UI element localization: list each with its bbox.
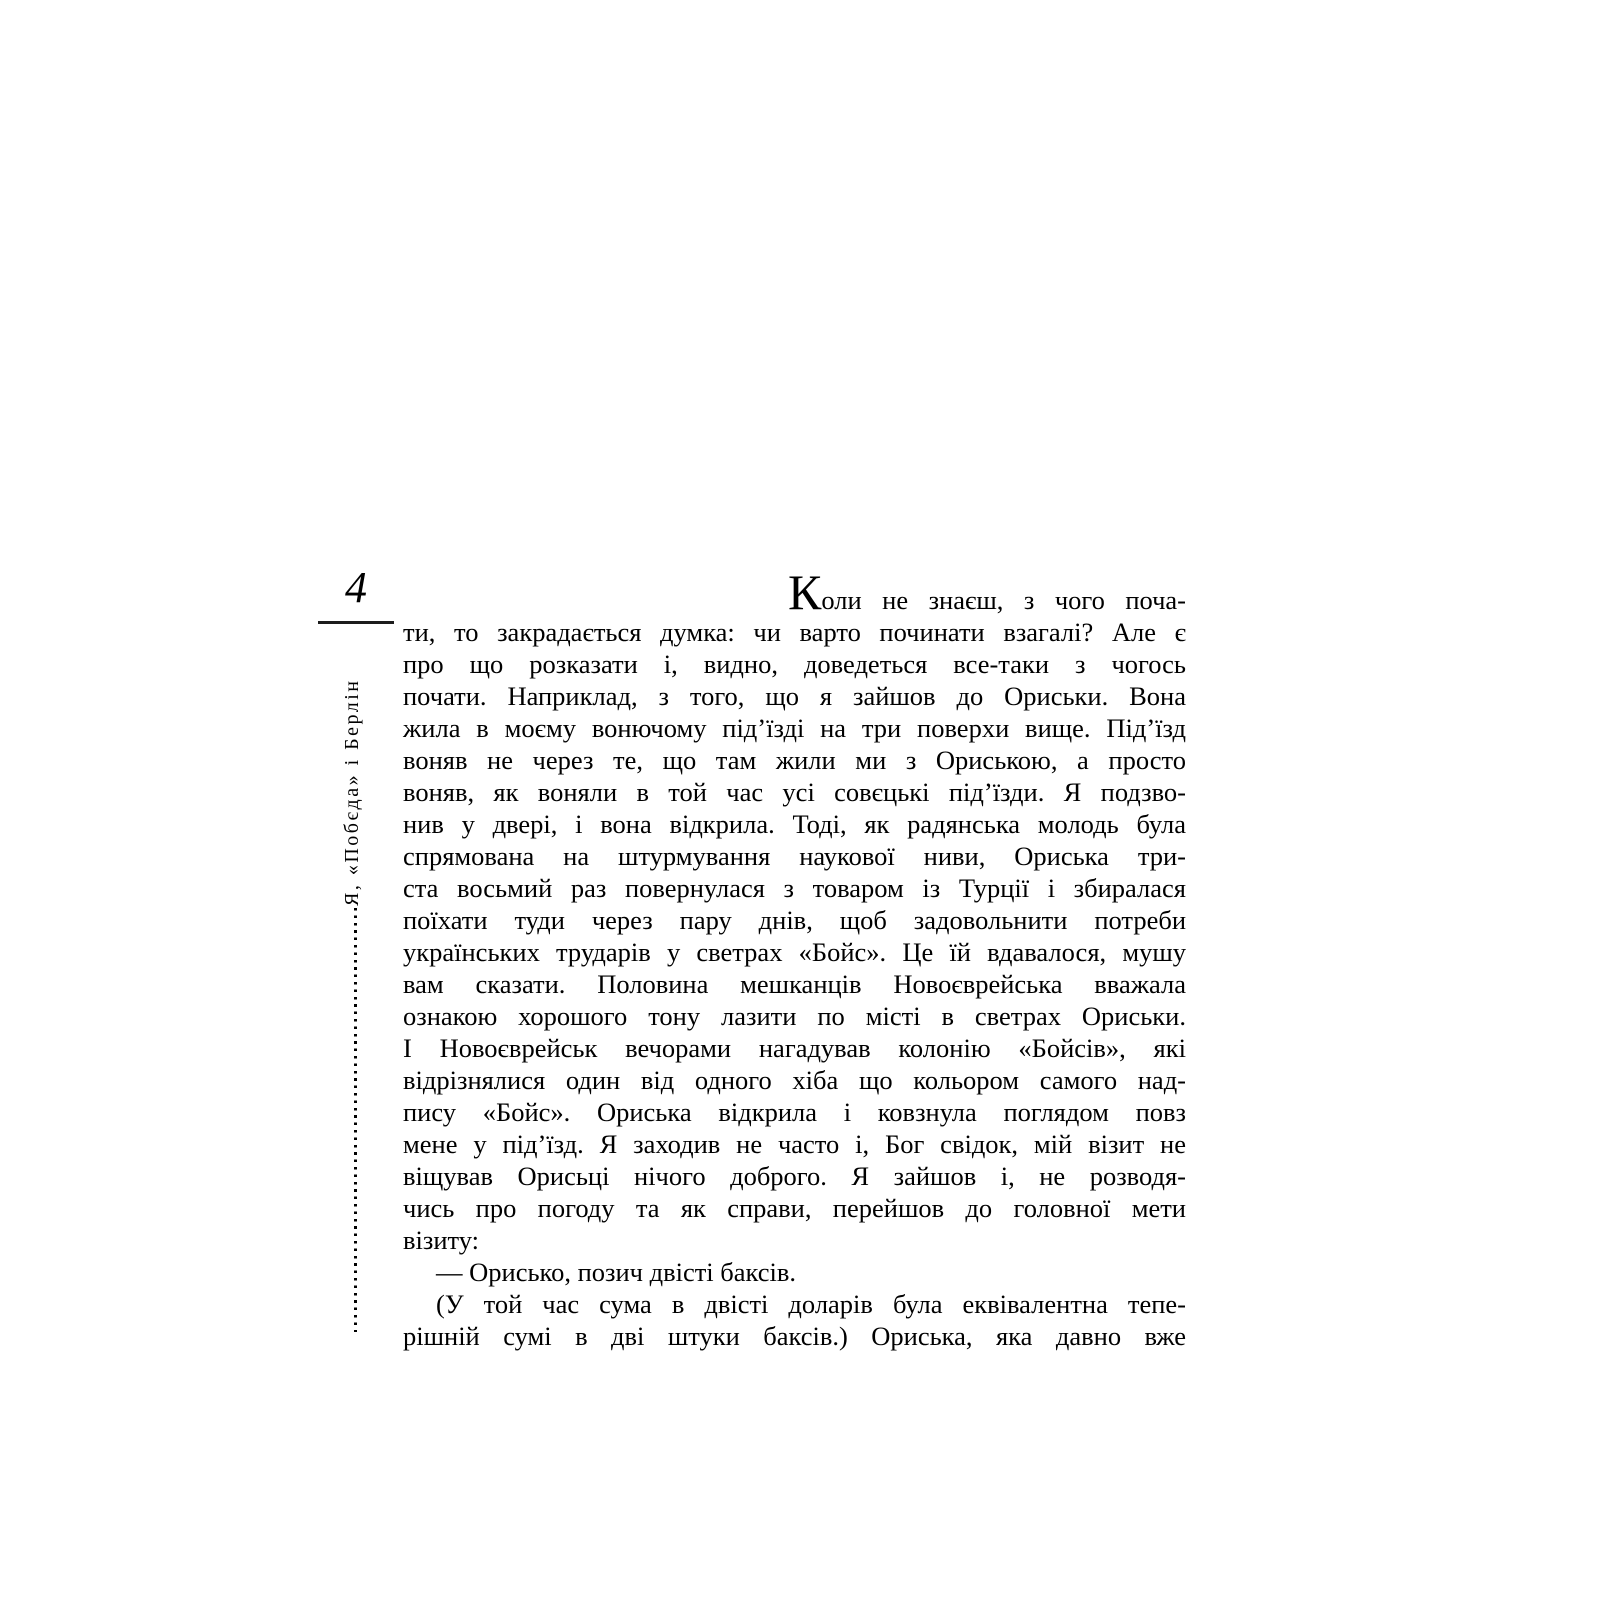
text-line: ста восьмий раз повернулася з товаром із… (403, 872, 1186, 904)
text-line: про що розказати і, видно, доведеться вс… (403, 648, 1186, 680)
page-number: 4 (318, 564, 394, 612)
text-line: ти, то закрадається думка: чи варто почи… (403, 616, 1186, 648)
page-number-rule (318, 621, 394, 624)
text-line: віщував Орисьці нічого доброго. Я зайшов… (403, 1160, 1186, 1192)
text-line: Коли не знаєш, з чого поча- (403, 584, 1186, 616)
text-line: вам сказати. Половина мешканців Новоєвре… (403, 968, 1186, 1000)
text-line: (У той час сума в двісті доларів була ек… (403, 1288, 1186, 1320)
text-line: почати. Наприклад, з того, що я зайшов д… (403, 680, 1186, 712)
text-line: жила в моєму вонючому під’їзді на три по… (403, 712, 1186, 744)
text-line: візиту: (403, 1224, 1186, 1256)
text-line: спрямована на штурмування наукової ниви,… (403, 840, 1186, 872)
text-line: воняв не через те, що там жили ми з Орис… (403, 744, 1186, 776)
dotted-margin-line (354, 908, 357, 1332)
text-line: ознакою хорошого тону лазити по місті в … (403, 1000, 1186, 1032)
text-line: пису «Бойс». Ориська відкрила і ковзнула… (403, 1096, 1186, 1128)
text-line: відрізнялися один від одного хіба що кол… (403, 1064, 1186, 1096)
text-line: воняв, як воняли в той час усі совєцькі … (403, 776, 1186, 808)
text-line-rest: оли не знаєш, з чого поча- (821, 585, 1186, 615)
body-text-column: Коли не знаєш, з чого поча- ти, то закра… (403, 584, 1186, 1352)
book-title-vertical: Я, «Побєда» і Берлін (341, 679, 364, 907)
text-line: мене у під’їзд. Я заходив не часто і, Бо… (403, 1128, 1186, 1160)
text-line-dialogue: — Орисько, позич двісті баксів. (403, 1256, 1186, 1288)
text-line: нив у двері, і вона відкрила. Тоді, як р… (403, 808, 1186, 840)
text-line: рішній сумі в дві штуки баксів.) Ориська… (403, 1320, 1186, 1352)
drop-cap-initial: К (788, 564, 821, 620)
text-line: І Новоєврейськ вечорами нагадував колоні… (403, 1032, 1186, 1064)
text-line: поїхати туди через пару днів, щоб задово… (403, 904, 1186, 936)
text-line: українських трударів у светрах «Бойс». Ц… (403, 936, 1186, 968)
text-line: чись про погоду та як справи, перейшов д… (403, 1192, 1186, 1224)
